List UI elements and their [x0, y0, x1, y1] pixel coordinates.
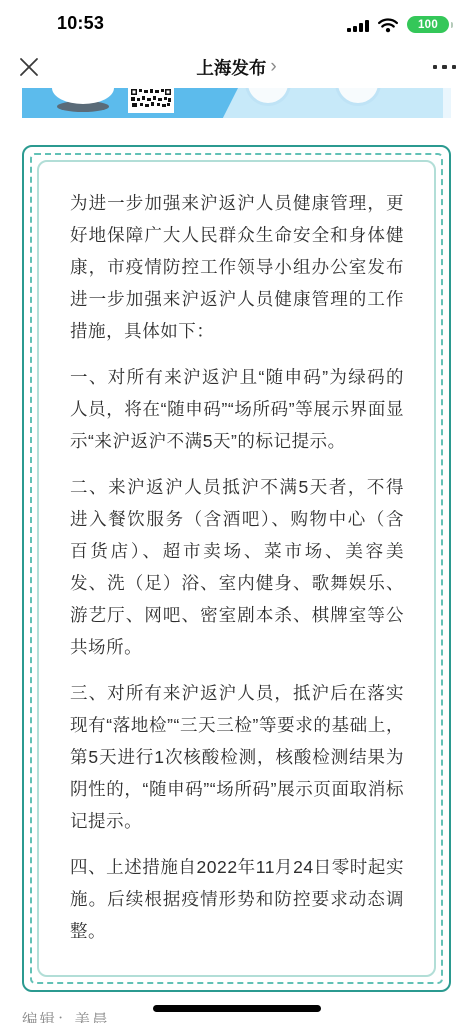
article-content-box: 为进一步加强来沪返沪人员健康管理，更好地保障广大人民群众生命安全和身体健康，市疫…	[22, 145, 451, 992]
wifi-icon	[377, 18, 399, 33]
article-paragraph: 四、上述措施自2022年11月24日零时起实施。后续根据疫情形势和防控要求动态调…	[70, 851, 404, 947]
cloud-icon	[245, 88, 291, 106]
status-icons: 100	[347, 17, 449, 33]
battery-percent: 100	[418, 19, 438, 31]
article-paragraph: 为进一步加强来沪返沪人员健康管理，更好地保障广大人民群众生命安全和身体健康，市疫…	[70, 187, 404, 347]
chevron-right-icon: ›	[270, 57, 276, 76]
qr-code-icon	[128, 88, 174, 113]
article-banner-image	[22, 88, 451, 118]
dashed-border-frame: 为进一步加强来沪返沪人员健康管理，更好地保障广大人民群众生命安全和身体健康，市疫…	[30, 153, 443, 984]
cellular-signal-icon	[347, 21, 369, 33]
cloud-icon	[335, 88, 381, 106]
nav-bar: 上海发布 ›	[0, 44, 473, 90]
battery-icon: 100	[407, 16, 449, 33]
article-paragraph: 三、对所有来沪返沪人员，抵沪后在落实现有“落地检”“三天三检”等要求的基础上，第…	[70, 677, 404, 837]
account-title[interactable]: 上海发布 ›	[0, 44, 473, 90]
article-text-frame: 为进一步加强来沪返沪人员健康管理，更好地保障广大人民群众生命安全和身体健康，市疫…	[37, 160, 436, 977]
home-indicator[interactable]	[153, 1005, 321, 1012]
banner-light-strip	[443, 88, 451, 118]
status-time: 10:53	[57, 13, 104, 34]
account-title-label: 上海发布	[196, 55, 266, 80]
more-menu-icon[interactable]	[433, 60, 457, 74]
status-bar: 10:53 100	[0, 0, 473, 44]
editor-caption: 编辑：美晨	[22, 1008, 110, 1023]
article-paragraph: 二、来沪返沪人员抵沪不满5天者，不得进入餐饮服务（含酒吧）、购物中心（含百货店）…	[70, 471, 404, 663]
article-paragraph: 一、对所有来沪返沪且“随申码”为绿码的人员，将在“随申码”“场所码”等展示界面显…	[70, 361, 404, 457]
